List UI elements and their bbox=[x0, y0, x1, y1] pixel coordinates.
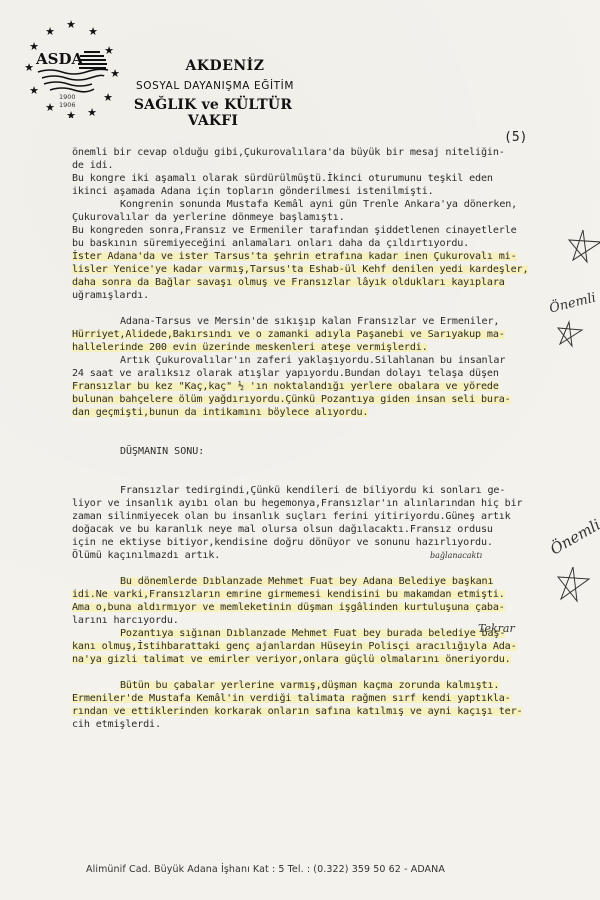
handwritten-note-bağlanacaktı: bağlanacaktı bbox=[430, 551, 482, 560]
text-line: Fransızlar bu kez "Kaç,kaç" ½ 'ın noktal… bbox=[72, 380, 499, 393]
text-line: rından ve ettiklerinden korkarak onların… bbox=[72, 705, 522, 718]
svg-text:★: ★ bbox=[45, 101, 55, 114]
page-number: (5) bbox=[504, 130, 527, 145]
text-line: bu baskının süremiyeceğini anlamaları on… bbox=[72, 237, 469, 250]
text-line: İster Adana'da ve ister Tarsus'ta şehrin… bbox=[72, 250, 517, 263]
letterhead-line-1: AKDENİZ bbox=[150, 58, 300, 74]
text-line: hallelerinde 200 evin üzerinde meskenler… bbox=[72, 341, 428, 354]
logo-year-1: 1900 bbox=[59, 93, 76, 101]
svg-text:★: ★ bbox=[103, 91, 113, 104]
svg-text:★: ★ bbox=[87, 106, 97, 118]
svg-text:★: ★ bbox=[29, 84, 39, 97]
text-line: Ama o,buna aldırmıyor ve memleketinin dü… bbox=[72, 601, 505, 614]
star-mark-icon bbox=[555, 320, 585, 350]
text-line: Fransızlar tedirgindi,Çünkü kendileri de… bbox=[120, 484, 505, 497]
text-line: Artık Çukurovalılar'ın zaferi yaklaşıyor… bbox=[120, 354, 505, 367]
letterhead-line-3: SAĞLIK ve KÜLTÜR VAKFI bbox=[118, 97, 308, 129]
star-mark-icon bbox=[555, 565, 591, 605]
text-line: Kongrenin sonunda Mustafa Kemâl ayni gün… bbox=[120, 198, 517, 211]
svg-text:★: ★ bbox=[104, 44, 114, 57]
text-line: lisler Yenice'ye kadar varmış,Tarsus'ta … bbox=[72, 263, 528, 276]
text-line: cih etmişlerdi. bbox=[72, 718, 161, 731]
text-line: dan geçmişti,bunun da intikamını böylece… bbox=[72, 406, 368, 419]
letterhead-line-2: SOSYAL DAYANIŞMA EĞİTİM bbox=[115, 80, 315, 92]
text-line: Çukurovalılar da yerlerine dönmeye başla… bbox=[72, 211, 345, 224]
svg-text:★: ★ bbox=[88, 25, 98, 38]
svg-text:★: ★ bbox=[45, 25, 55, 38]
logo-text: ASDA bbox=[36, 50, 83, 68]
text-line: de idi. bbox=[72, 159, 114, 172]
text-line: daha sonra da Bağlar savaşı olmuş ve Fra… bbox=[72, 276, 505, 289]
handwritten-note-tekrar: Tekrar bbox=[478, 622, 515, 635]
text-line: Pozantıya sığınan Dıblanzade Mehmet Fuat… bbox=[120, 627, 505, 640]
svg-text:★: ★ bbox=[66, 18, 76, 31]
text-line: ikinci aşamada Adana için topların gönde… bbox=[72, 185, 434, 198]
document-page: ★ ★ ★ ★ ★ ★ ★ ★ ★ ★ ★ ★ bbox=[0, 0, 600, 900]
text-line: Hürriyet,Alidede,Bakırsındı ve o zamanki… bbox=[72, 328, 505, 341]
footer-address: Alimünif Cad. Büyük Adana İşhanı Kat : 5… bbox=[86, 864, 445, 875]
section-heading: DÜŞMANIN SONU: bbox=[120, 445, 204, 458]
text-line: idi.Ne varki,Fransızların emrine girmeme… bbox=[72, 588, 505, 601]
text-line: liyor ve insanlık ayıbı olan bu hegemony… bbox=[72, 497, 522, 510]
text-line: 24 saat ve aralıksız olarak atışlar yapı… bbox=[72, 367, 499, 380]
svg-text:★: ★ bbox=[110, 67, 120, 80]
text-line: Ermeniler'de Mustafa Kemâl'in verdiği ta… bbox=[72, 692, 511, 705]
star-mark-icon bbox=[565, 228, 600, 268]
text-line: Ölümü kaçınılmazdı artık. bbox=[72, 549, 220, 562]
text-line: Bu kongre iki aşamalı olarak sürdürülmüş… bbox=[72, 172, 493, 185]
text-line: kanı olmuş,İstihbarattaki genç ajanlarda… bbox=[72, 640, 517, 653]
text-line: önemli bir cevap olduğu gibi,Çukurovalıl… bbox=[72, 146, 505, 159]
text-line: Bu dönemlerde Dıblanzade Mehmet Fuat bey… bbox=[120, 575, 493, 588]
text-line: larını harcıyordu. bbox=[72, 614, 179, 627]
logo-year-2: 1906 bbox=[59, 101, 76, 109]
text-line: Bu kongreden sonra,Fransız ve Ermeniler … bbox=[72, 224, 517, 237]
text-line: için ne ektiyse bitiyor,kendisine doğru … bbox=[72, 536, 493, 549]
asda-logo: ★ ★ ★ ★ ★ ★ ★ ★ ★ ★ ★ ★ bbox=[10, 8, 120, 118]
handwritten-note-important-2: Önemli bbox=[547, 516, 600, 559]
text-line: Bütün bu çabalar yerlerine varmış,düşman… bbox=[120, 679, 499, 692]
text-line: zaman silinmiyecek olan bu insanlık suçl… bbox=[72, 510, 511, 523]
text-line: uğramışlardı. bbox=[72, 289, 149, 302]
text-line: bulunan bahçelere ölüm yağdırıyordu.Çünk… bbox=[72, 393, 511, 406]
text-line: doğacak ve bu karanlık neye mal olursa o… bbox=[72, 523, 493, 536]
svg-text:★: ★ bbox=[24, 61, 34, 74]
text-line: Adana-Tarsus ve Mersin'de sıkışıp kalan … bbox=[120, 315, 499, 328]
svg-text:★: ★ bbox=[66, 109, 76, 118]
text-line: na'ya gizli talimat ve emirler veriyor,o… bbox=[72, 653, 511, 666]
handwritten-note-important-1: Önemli bbox=[548, 290, 598, 316]
